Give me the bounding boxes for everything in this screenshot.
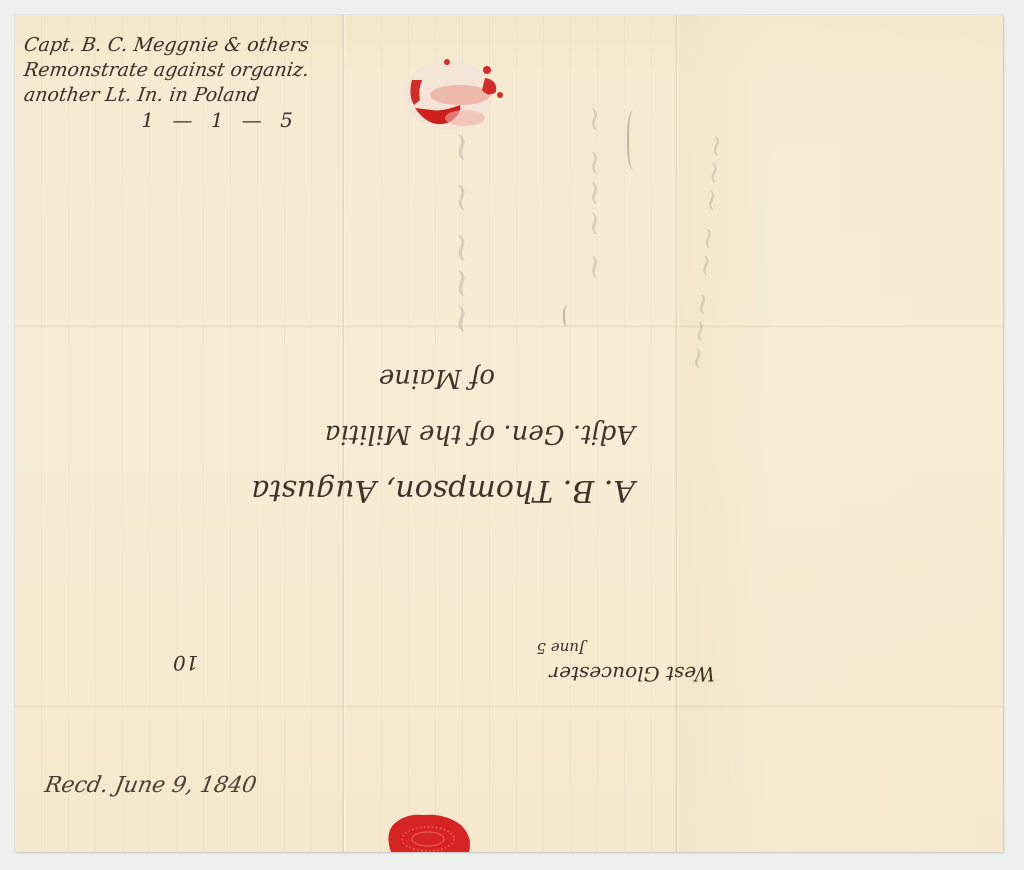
address-block: A. B. Thompson, Augusta Adjt. Gen. of th… (135, 350, 695, 518)
docket-line-2: Remonstrate against organiz. (22, 58, 310, 83)
docket-line-3: another Lt. In. in Poland (22, 83, 310, 108)
docket-file-number: 1 — 1 — 5 (24, 108, 309, 133)
postmark: West Gloucester June 5 (465, 635, 715, 687)
postmark-place: West Gloucester (465, 661, 715, 687)
address-line-2: Adjt. Gen. of the Militia (135, 406, 695, 462)
wax-seal-bottom-icon (383, 805, 473, 852)
received-note: Recd. June 9, 1840 (43, 773, 259, 798)
letter-cover: ~~ ~ ~~~ ~ ~~~ ~ ~~~ ~~ ~~~ Capt. B. C. … (15, 15, 1003, 852)
bleed-through-text: ~ ~~~ ~ (575, 105, 615, 283)
fold-line-horizontal-lower (15, 705, 1003, 708)
wax-seal-top-icon (390, 50, 510, 140)
faint-ink-mark (563, 305, 575, 327)
address-line-3: of Maine (135, 350, 695, 406)
postmark-date: June 5 (465, 635, 715, 661)
address-line-1: A. B. Thompson, Augusta (135, 462, 695, 518)
docket-line-1: Capt. B. C. Meggnie & others (22, 33, 310, 58)
faint-ink-mark (627, 110, 643, 170)
docket-note: Capt. B. C. Meggnie & others Remonstrate… (24, 33, 309, 133)
fold-line-horizontal-upper (15, 325, 1003, 328)
postage-rate: 10 (173, 651, 198, 675)
